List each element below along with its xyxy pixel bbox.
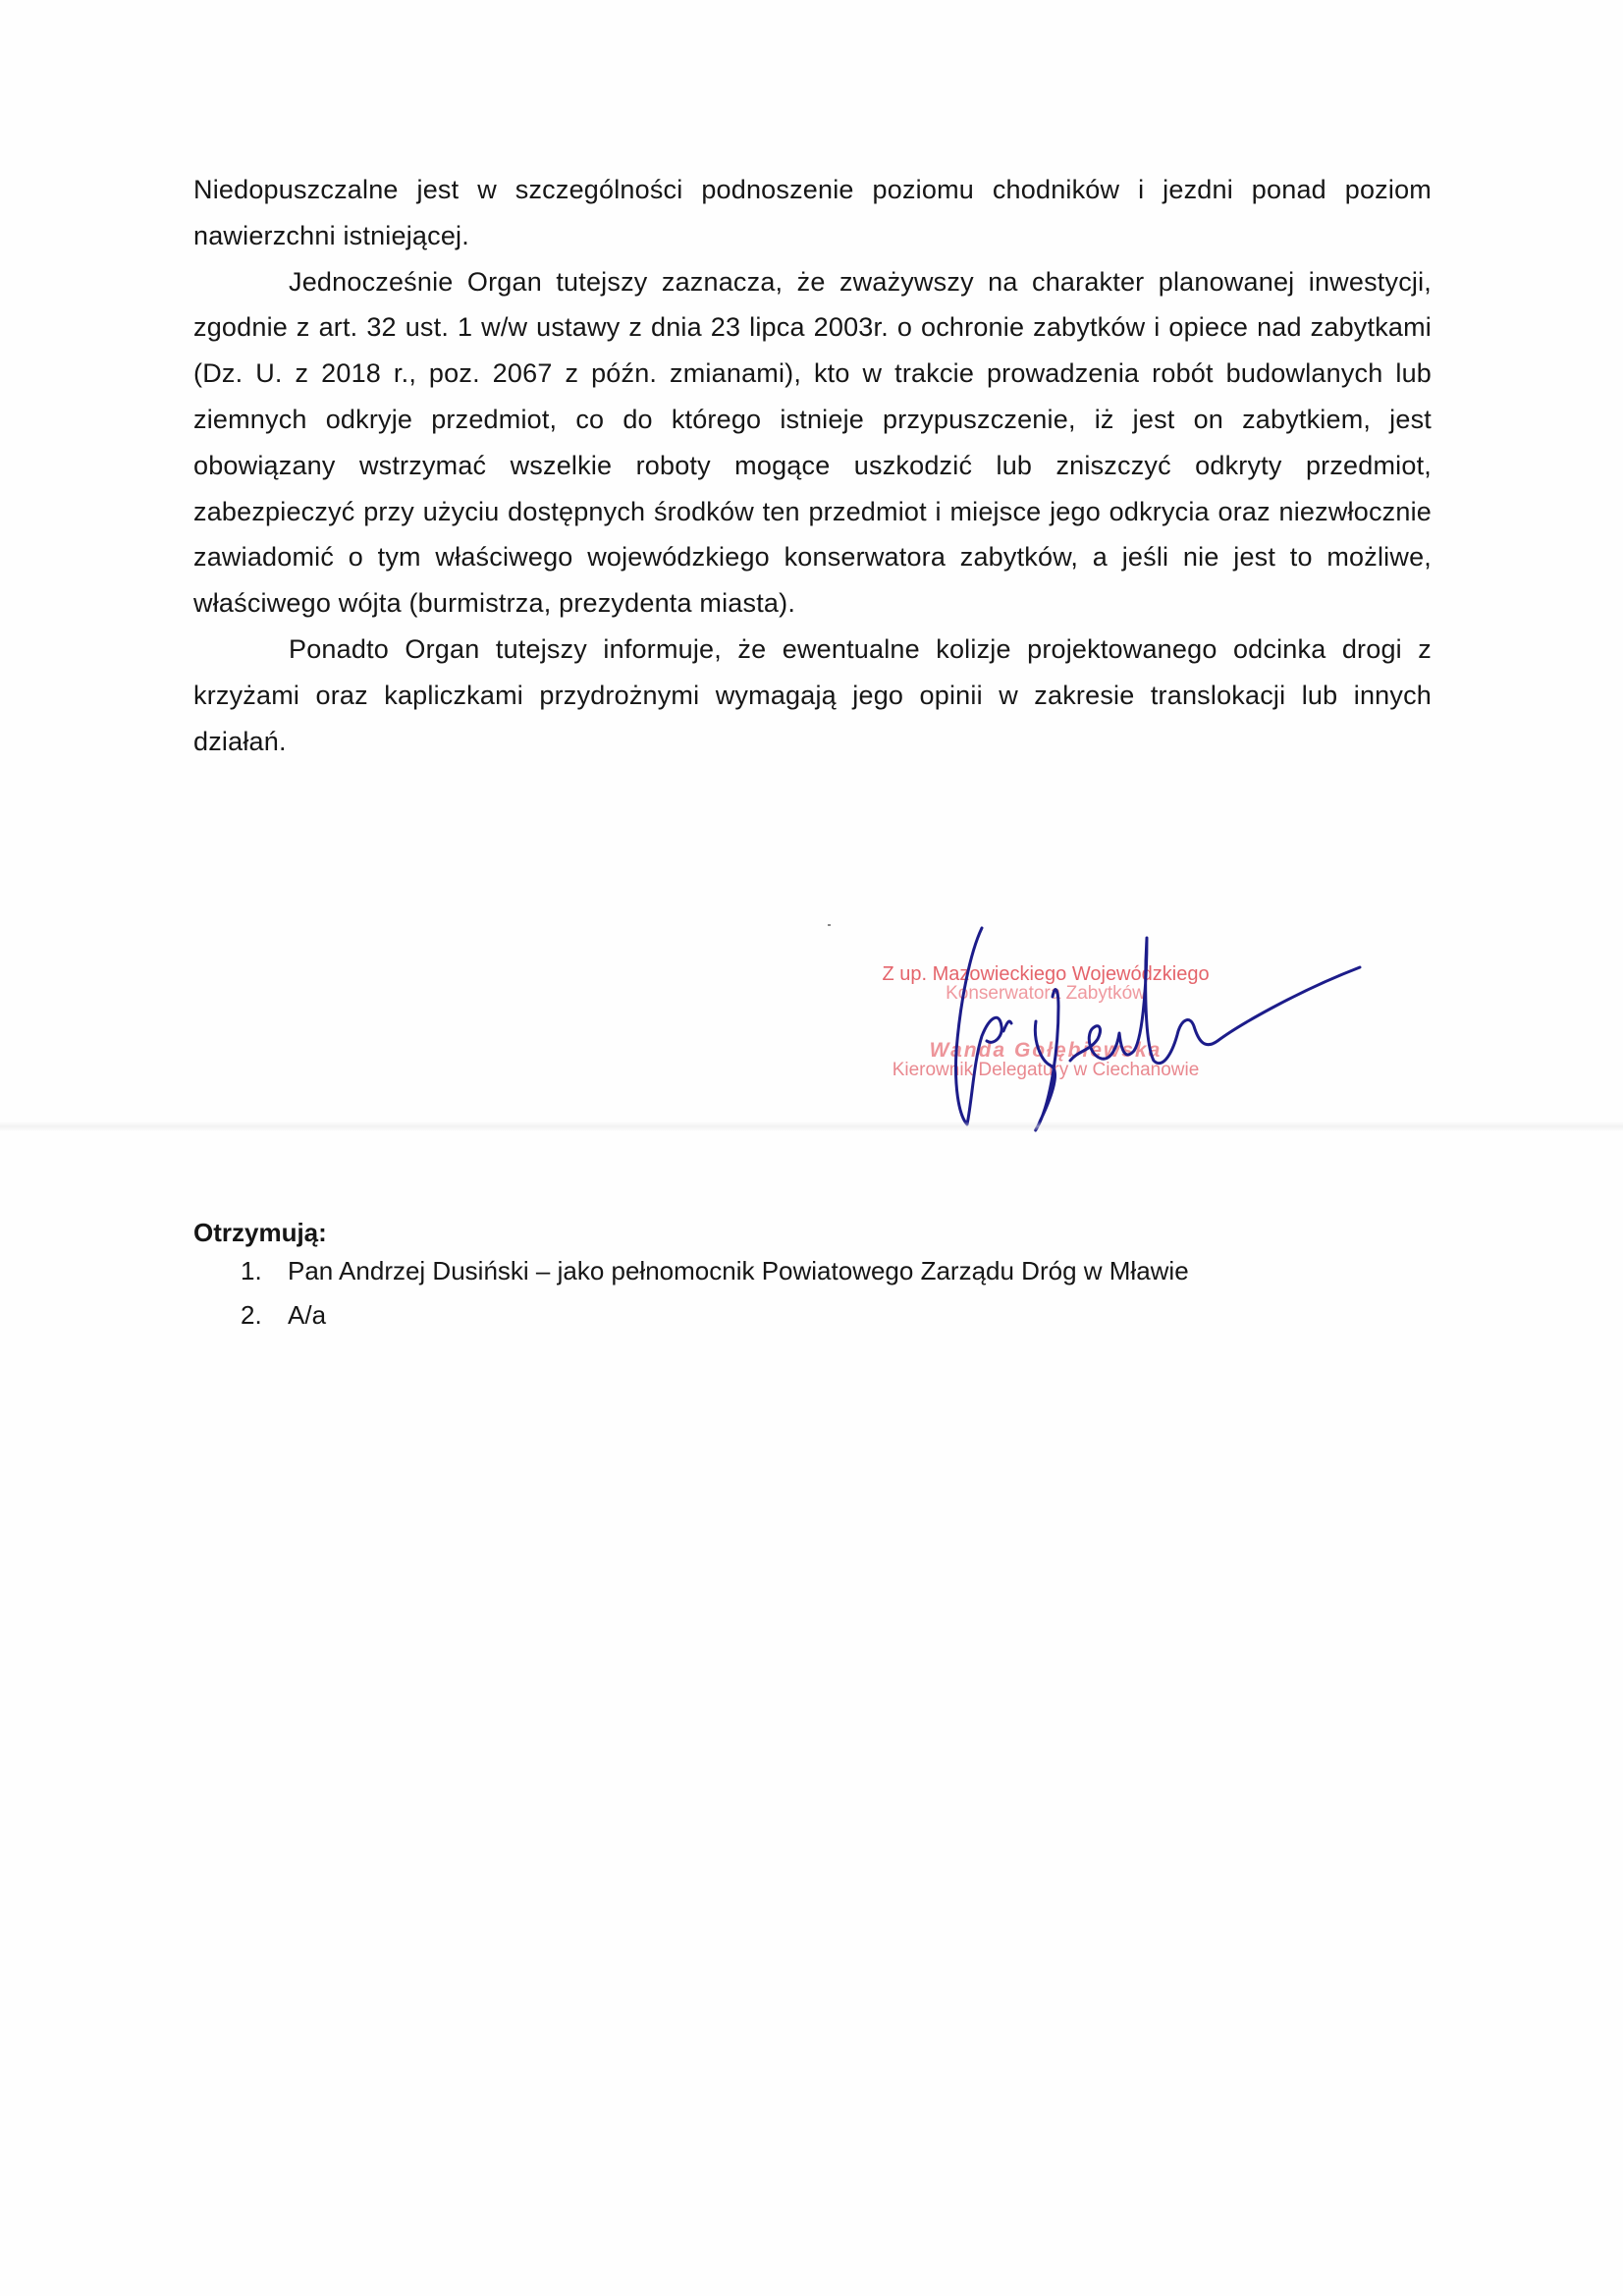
letter-body: Niedopuszczalne jest w szczególności pod… [193, 167, 1432, 764]
recipient-number: 2. [241, 1293, 262, 1338]
recipient-item: 1. Pan Andrzej Dusiński – jako pełnomocn… [193, 1249, 1470, 1293]
recipients-list: 1. Pan Andrzej Dusiński – jako pełnomocn… [193, 1249, 1470, 1338]
paragraph-roadside-shrines: Ponadto Organ tutejszy informuje, że ewe… [193, 627, 1432, 764]
handwritten-signature-icon [943, 913, 1375, 1139]
recipient-item: 2. A/a [193, 1293, 1470, 1338]
document-page: Niedopuszczalne jest w szczególności pod… [0, 0, 1623, 2296]
scan-speck [828, 924, 831, 926]
recipient-number: 1. [241, 1249, 262, 1293]
recipient-text: A/a [288, 1300, 326, 1330]
scan-artifact-band [0, 1121, 1623, 1131]
recipient-text: Pan Andrzej Dusiński – jako pełnomocnik … [288, 1256, 1189, 1285]
recipients-section: Otrzymują: 1. Pan Andrzej Dusiński – jak… [193, 1216, 1470, 1338]
recipients-heading: Otrzymują: [193, 1216, 1470, 1249]
paragraph-archaeological-finds: Jednocześnie Organ tutejszy zaznacza, że… [193, 259, 1432, 627]
paragraph-restrictions: Niedopuszczalne jest w szczególności pod… [193, 167, 1432, 259]
